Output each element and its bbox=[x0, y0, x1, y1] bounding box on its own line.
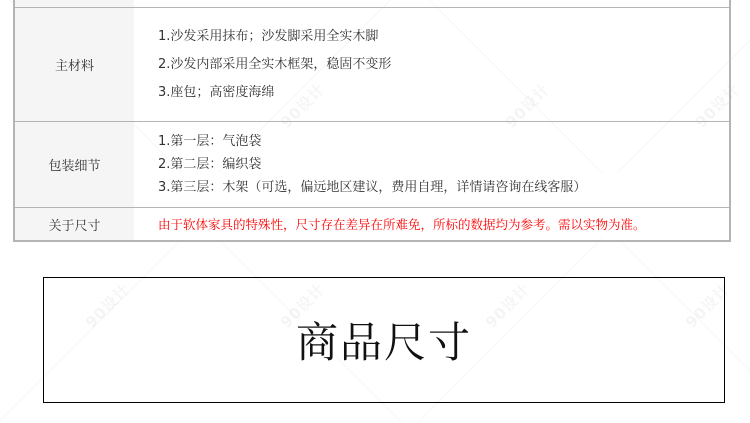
spec-label-text: 关于尺寸 bbox=[48, 215, 100, 234]
material-line-1: 1.沙发采用抹布；沙发脚采用全实木脚 bbox=[158, 23, 729, 51]
spec-label-style: 风格 bbox=[15, 0, 134, 7]
spec-row-size-note: 关于尺寸 由于软体家具的特殊性，尺寸存在差异在所难免，所标的数据均为参考。需以实… bbox=[15, 207, 729, 240]
packing-line-1: 1.第一层：气泡袋 bbox=[158, 130, 729, 153]
spec-value-material: 1.沙发采用抹布；沙发脚采用全实木脚 2.沙发内部采用全实木框架，稳固不变形 3… bbox=[134, 8, 729, 121]
size-disclaimer-text: 由于软体家具的特殊性，尺寸存在差异在所难免，所标的数据均为参考。需以实物为准。 bbox=[158, 215, 729, 233]
spec-row-packing: 包装细节 1.第一层：气泡袋 2.第二层：编织袋 3.第三层：木架（可选，偏远地… bbox=[15, 121, 729, 207]
spec-label-text: 主材料 bbox=[55, 55, 94, 74]
spec-row-style: 风格 bbox=[15, 0, 729, 7]
section-title: 商品尺寸 bbox=[296, 310, 472, 370]
material-line-2: 2.沙发内部采用全实木框架，稳固不变形 bbox=[158, 51, 729, 79]
product-spec-table: 风格 主材料 1.沙发采用抹布；沙发脚采用全实木脚 2.沙发内部采用全实木框架，… bbox=[13, 0, 731, 242]
spec-label-text: 包装细节 bbox=[48, 155, 100, 174]
spec-value-style bbox=[134, 0, 729, 7]
spec-label-packing: 包装细节 bbox=[15, 122, 134, 207]
spec-row-material: 主材料 1.沙发采用抹布；沙发脚采用全实木脚 2.沙发内部采用全实木框架，稳固不… bbox=[15, 7, 729, 121]
spec-value-size-note: 由于软体家具的特殊性，尺寸存在差异在所难免，所标的数据均为参考。需以实物为准。 bbox=[134, 208, 729, 240]
packing-line-2: 2.第二层：编织袋 bbox=[158, 153, 729, 176]
spec-label-size: 关于尺寸 bbox=[15, 208, 134, 240]
section-title-box: 商品尺寸 bbox=[43, 277, 725, 403]
packing-line-3: 3.第三层：木架（可选，偏远地区建议，费用自理，详情请咨询在线客服） bbox=[158, 176, 729, 199]
spec-label-material: 主材料 bbox=[15, 8, 134, 121]
spec-value-packing: 1.第一层：气泡袋 2.第二层：编织袋 3.第三层：木架（可选，偏远地区建议，费… bbox=[134, 122, 729, 207]
material-line-3: 3.座包；高密度海绵 bbox=[158, 79, 729, 107]
